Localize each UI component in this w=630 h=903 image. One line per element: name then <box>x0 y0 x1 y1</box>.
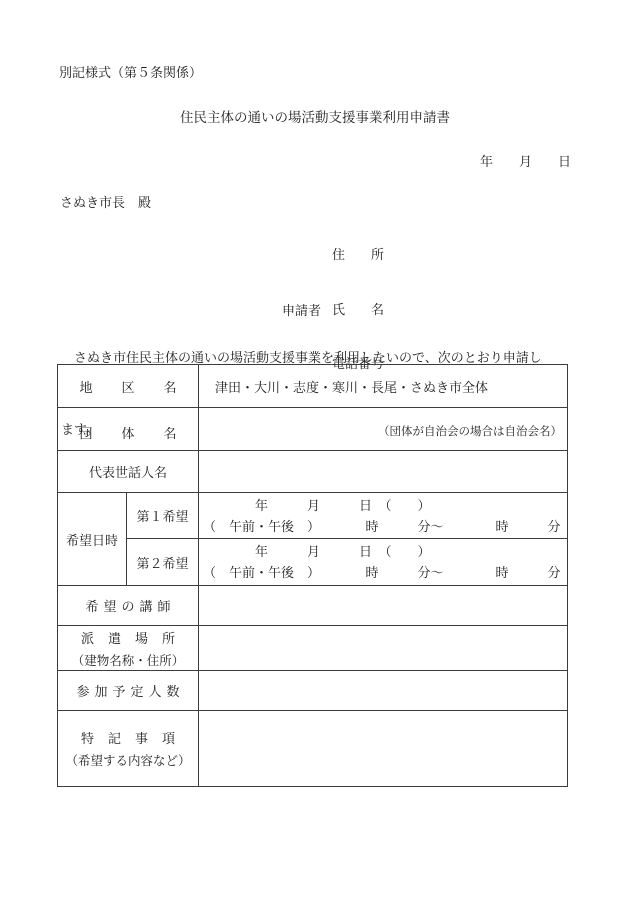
address-label: 住 所 <box>332 244 384 267</box>
row-participants: 参加予定人数 <box>58 671 568 711</box>
place-sublabel: （建物名称・住所） <box>58 651 198 669</box>
place-value <box>199 626 568 671</box>
district-value: 津田・大川・志度・寒川・長尾・さぬき市全体 <box>199 365 568 408</box>
schedule-first-date-line: 年 月 日 （ ） <box>203 495 567 516</box>
lecturer-value <box>199 586 568 626</box>
schedule-second-time-line: （ 午前・午後 ） 時 分～ 時 分 <box>203 562 567 583</box>
schedule-first-label: 第１希望 <box>127 493 199 539</box>
representative-value <box>199 451 568 493</box>
notes-label: 特記事項 <box>58 728 198 747</box>
notes-label-cell: 特記事項 （希望する内容など） <box>58 711 199 787</box>
row-schedule-first: 希望日時 第１希望 年 月 日 （ ） （ 午前・午後 ） 時 分～ 時 分 <box>58 493 568 539</box>
addressee: さぬき市長 殿 <box>60 192 151 211</box>
application-form-page: 別記様式（第５条関係） 住民主体の通いの場活動支援事業利用申請書 年 月 日 さ… <box>0 0 630 903</box>
schedule-first-value: 年 月 日 （ ） （ 午前・午後 ） 時 分～ 時 分 <box>199 493 568 539</box>
district-label: 地 区 名 <box>58 365 199 408</box>
page-title: 住民主体の通いの場活動支援事業利用申請書 <box>0 106 630 126</box>
schedule-label: 希望日時 <box>58 493 127 586</box>
form-code: 別記様式（第５条関係） <box>59 62 202 81</box>
row-notes: 特記事項 （希望する内容など） <box>58 711 568 787</box>
row-schedule-second: 第２希望 年 月 日 （ ） （ 午前・午後 ） 時 分～ 時 分 <box>58 539 568 586</box>
participants-value <box>199 671 568 711</box>
schedule-second-label: 第２希望 <box>127 539 199 586</box>
schedule-second-value: 年 月 日 （ ） （ 午前・午後 ） 時 分～ 時 分 <box>199 539 568 586</box>
place-label-cell: 派遣場所 （建物名称・住所） <box>58 626 199 671</box>
schedule-first-time-line: （ 午前・午後 ） 時 分～ 時 分 <box>203 516 567 537</box>
group-label: 団 体 名 <box>58 408 199 451</box>
place-label: 派遣場所 <box>58 628 198 647</box>
row-district: 地 区 名 津田・大川・志度・寒川・長尾・さぬき市全体 <box>58 365 568 408</box>
group-value: （団体が自治会の場合は自治会名） <box>199 408 568 451</box>
participants-label: 参加予定人数 <box>58 671 199 711</box>
row-group: 団 体 名 （団体が自治会の場合は自治会名） <box>58 408 568 451</box>
row-lecturer: 希望の講師 <box>58 586 568 626</box>
lecturer-label: 希望の講師 <box>58 586 199 626</box>
row-place: 派遣場所 （建物名称・住所） <box>58 626 568 671</box>
schedule-second-date-line: 年 月 日 （ ） <box>203 541 567 562</box>
notes-value <box>199 711 568 787</box>
application-table: 地 区 名 津田・大川・志度・寒川・長尾・さぬき市全体 団 体 名 （団体が自治… <box>57 364 568 787</box>
date-line: 年 月 日 <box>480 151 571 170</box>
notes-sublabel: （希望する内容など） <box>58 751 198 769</box>
representative-label: 代表世話人名 <box>58 451 199 493</box>
row-representative: 代表世話人名 <box>58 451 568 493</box>
group-note: （団体が自治会の場合は自治会名） <box>378 426 562 438</box>
